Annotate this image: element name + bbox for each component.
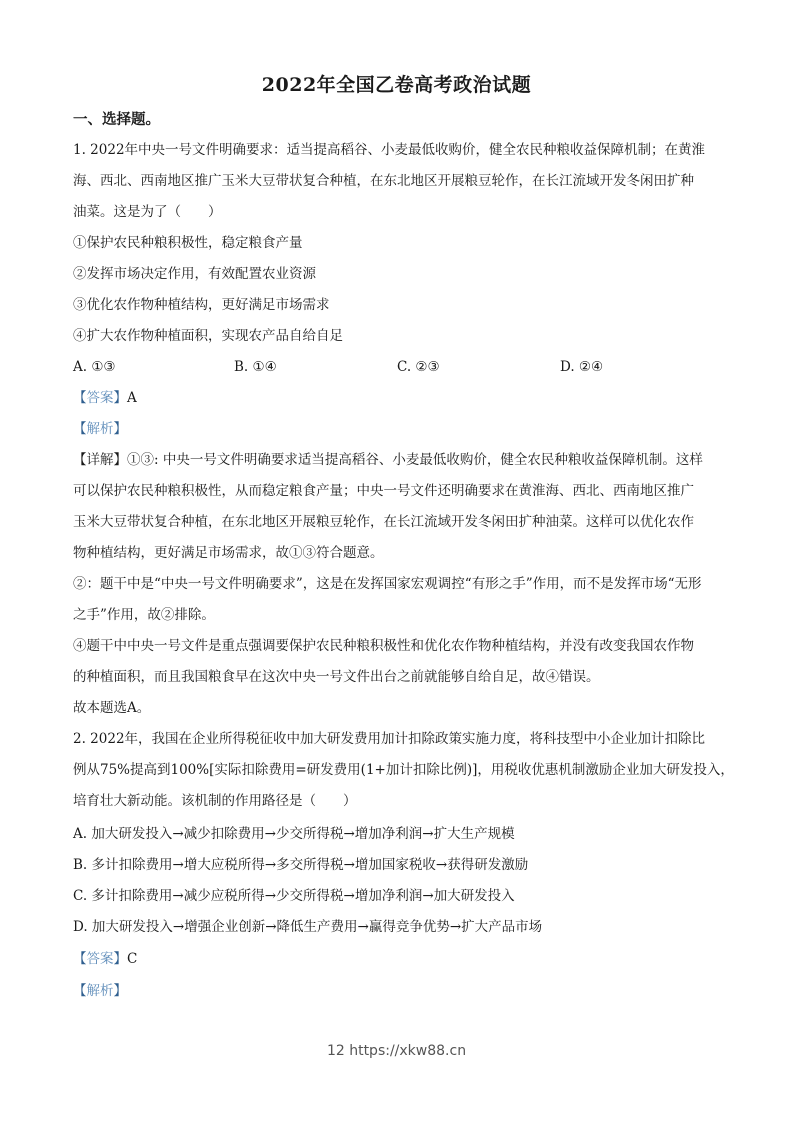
q1-option-d: D. ②④ (560, 359, 603, 375)
q1-analysis-heading: 【解析】 (73, 421, 127, 437)
answer-label: 答案 (87, 951, 114, 967)
q2-stem-line-2: 例从75%提高到100%[实际扣除费用=研发费用(1+加计扣除比例)]，用税收优… (73, 762, 734, 778)
answer-bracket-close: 】 (114, 951, 128, 967)
q2-option-c: C. 多计扣除费用→减少应税所得→少交所得税→增加净利润→加大研发投入 (73, 888, 515, 904)
q2-option-d: D. 加大研发投入→增强企业创新→降低生产费用→赢得竞争优势→扩大产品市场 (73, 919, 542, 935)
q1-detail-line-4: 物种植结构，更好满足市场需求，故①③符合题意。 (73, 545, 384, 561)
q1-option-b: B. ①④ (234, 359, 277, 375)
q1-stem-line-1: 1. 2022年中央一号文件明确要求：适当提高稻谷、小麦最低收购价，健全农民种粮… (73, 142, 705, 158)
analysis-bracket-close: 】 (114, 421, 128, 437)
q2-stem-line-1: 2. 2022年，我国在企业所得税征收中加大研发费用加计扣除政策实施力度，将科技… (73, 731, 705, 747)
analysis-label: 解析 (87, 421, 114, 437)
answer-bracket-open: 【 (73, 951, 87, 967)
document-page: 2022年全国乙卷高考政治试题 一、选择题。 1. 2022年中央一号文件明确要… (0, 0, 793, 1122)
answer-label: 答案 (87, 390, 114, 406)
q1-stem-line-2: 海、西北、西南地区推广玉米大豆带状复合种植，在东北地区开展粮豆轮作，在长江流域开… (73, 173, 694, 189)
detail-text: ①③: 中央一号文件明确要求适当提高稻谷、小麦最低收购价，健全农民种粮收益保障机… (127, 452, 703, 468)
q1-detail-line-8: 的种植面积，而且我国粮食早在这次中央一号文件出台之前就能够自给自足，故④错误。 (73, 669, 600, 685)
page-title: 2022年全国乙卷高考政治试题 (0, 70, 793, 97)
q1-detail-line-2: 可以保护农民种粮积极性，从而稳定粮食产量；中央一号文件还明确要求在黄淮海、西北、… (73, 483, 694, 499)
q1-detail-line-6: 之手”作用，故②排除。 (73, 607, 215, 623)
q2-option-a: A. 加大研发投入→减少扣除费用→少交所得税→增加净利润→扩大生产规模 (73, 826, 515, 842)
q2-analysis-heading: 【解析】 (73, 983, 127, 999)
answer-value: C (127, 951, 137, 967)
q1-option-a: A. ①③ (73, 359, 116, 375)
detail-bracket-close: 】 (114, 452, 128, 468)
analysis-bracket-close: 】 (114, 983, 128, 999)
q1-conclusion: 故本题选A。 (73, 700, 150, 716)
analysis-bracket-open: 【 (73, 983, 87, 999)
detail-label: 详解 (87, 452, 114, 468)
q2-option-b: B. 多计扣除费用→增大应税所得→多交所得税→增加国家税收→获得研发激励 (73, 857, 528, 873)
q2-stem-line-3: 培育壮大新动能。该机制的作用路径是（ ） (73, 793, 357, 809)
q1-answer: 【答案】A (73, 390, 137, 406)
answer-bracket-open: 【 (73, 390, 87, 406)
answer-bracket-close: 】 (114, 390, 128, 406)
q1-detail-line-5: ②：题干中是“中央一号文件明确要求”，这是在发挥国家宏观调控“有形之手”作用，而… (73, 576, 702, 592)
q1-statement-4: ④扩大农作物种植面积，实现农产品自给自足 (73, 328, 343, 344)
page-footer: 12 https://xkw88.cn (0, 1043, 793, 1059)
q1-statement-3: ③优化农作物种植结构，更好满足市场需求 (73, 297, 330, 313)
q1-detail-line-7: ④题干中中央一号文件是重点强调要保护农民种粮积极性和优化农作物种植结构，并没有改… (73, 638, 694, 654)
q1-stem-line-3: 油菜。这是为了（ ） (73, 204, 222, 220)
q1-detail-line-1: 【详解】①③: 中央一号文件明确要求适当提高稻谷、小麦最低收购价，健全农民种粮收… (73, 452, 703, 468)
q1-statement-1: ①保护农民种粮积极性，稳定粮食产量 (73, 235, 303, 251)
detail-bracket-open: 【 (73, 452, 87, 468)
section-heading: 一、选择题。 (73, 112, 160, 128)
q1-statement-2: ②发挥市场决定作用，有效配置农业资源 (73, 266, 316, 282)
analysis-label: 解析 (87, 983, 114, 999)
q1-detail-line-3: 玉米大豆带状复合种植，在东北地区开展粮豆轮作，在长江流域开发冬闲田扩种油菜。这样… (73, 514, 694, 530)
q1-option-c: C. ②③ (397, 359, 440, 375)
analysis-bracket-open: 【 (73, 421, 87, 437)
answer-value: A (127, 390, 137, 406)
q2-answer: 【答案】C (73, 951, 137, 967)
